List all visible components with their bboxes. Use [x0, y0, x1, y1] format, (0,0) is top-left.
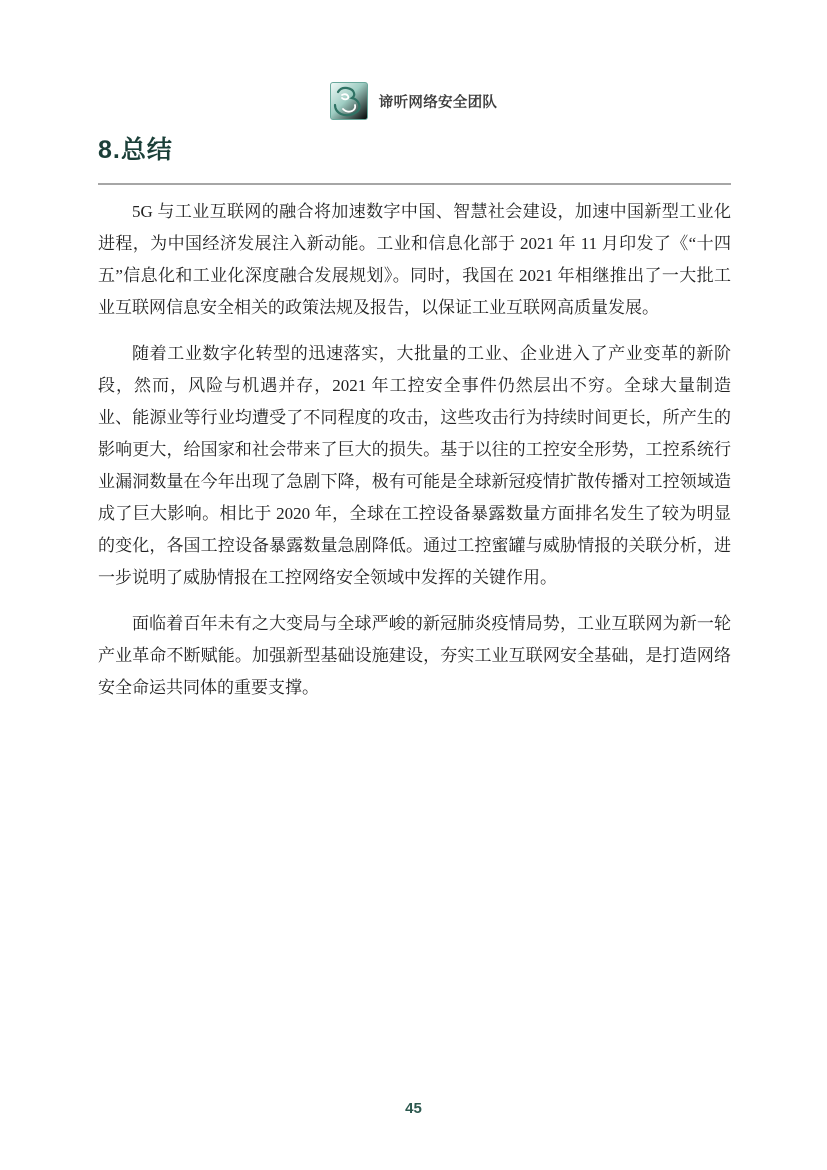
brand-name: 谛听网络安全团队 [379, 91, 497, 112]
diting-seal-logo-icon [330, 82, 368, 120]
page-number: 45 [0, 1100, 827, 1117]
section-divider [98, 183, 731, 185]
body-paragraph: 5G 与工业互联网的融合将加速数字中国、智慧社会建设，加速中国新型工业化进程，为… [98, 196, 731, 324]
body-paragraph: 面临着百年未有之大变局与全球严峻的新冠肺炎疫情局势，工业互联网为新一轮产业革命不… [98, 608, 731, 704]
body-paragraph: 随着工业数字化转型的迅速落实，大批量的工业、企业进入了产业变革的新阶段，然而，风… [98, 338, 731, 594]
section-title: 8.总结 [98, 130, 173, 166]
document-page: 谛听网络安全团队 8.总结 5G 与工业互联网的融合将加速数字中国、智慧社会建设… [0, 0, 827, 1170]
page-header: 谛听网络安全团队 [0, 82, 827, 120]
body-content: 5G 与工业互联网的融合将加速数字中国、智慧社会建设，加速中国新型工业化进程，为… [98, 196, 731, 718]
